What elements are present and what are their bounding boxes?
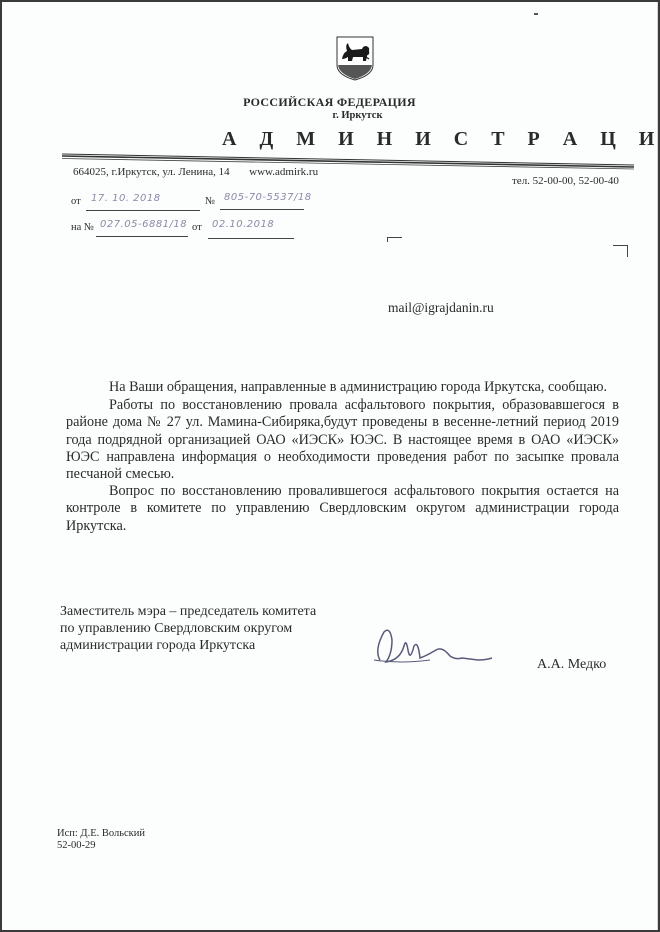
organization-heading: А Д М И Н И С Т Р А Ц И Я (222, 128, 660, 151)
reply-number-underline (96, 236, 188, 237)
body-paragraph: На Ваши обращения, направленные в админи… (66, 379, 619, 396)
from-label: от (71, 196, 81, 207)
scan-mark (534, 13, 538, 15)
executor-info: Исп: Д.Е. Вольский 52-00-29 (57, 828, 145, 852)
address-corner-right (613, 245, 628, 257)
date-underline (86, 210, 200, 211)
coat-of-arms-icon (335, 35, 375, 81)
signatory-position: Заместитель мэра – председатель комитета… (60, 603, 360, 654)
phone-line: тел. 52-00-00, 52-00-40 (512, 175, 619, 187)
signatory-name: А.А. Медко (537, 657, 606, 673)
number-label: № (205, 196, 215, 207)
country-heading: РОССИЙСКАЯ ФЕДЕРАЦИЯ (2, 95, 657, 110)
executor-name: Исп: Д.Е. Вольский (57, 828, 145, 840)
website-link: www.admirk.ru (249, 166, 318, 178)
outgoing-number: 805-70-5537/18 (224, 192, 312, 203)
body-paragraph: Работы по восстановлению провала асфальт… (66, 397, 619, 483)
reply-from-label: от (192, 222, 202, 233)
city-heading: г. Иркутск (2, 110, 657, 121)
number-underline (220, 209, 304, 210)
handwritten-signature-icon (370, 620, 510, 670)
address-line: 664025, г.Иркутск, ул. Ленина, 14 www.ad… (73, 166, 318, 178)
body-paragraph: Вопрос по восстановлению провалившегося … (66, 483, 619, 535)
executor-phone: 52-00-29 (57, 840, 145, 852)
address-corner-left (387, 237, 402, 242)
reply-date-underline (208, 238, 294, 239)
recipient-email: mail@igrajdanin.ru (388, 300, 494, 316)
reply-to-number: 027.05-6881/18 (100, 219, 187, 230)
letter-body: На Ваши обращения, направленные в админи… (66, 379, 619, 535)
letter-page: РОССИЙСКАЯ ФЕДЕРАЦИЯ г. Иркутск А Д М И … (2, 2, 658, 930)
outgoing-date: 17. 10. 2018 (91, 193, 161, 204)
reply-date: 02.10.2018 (212, 219, 274, 230)
reply-to-label: на № (71, 222, 94, 233)
address: 664025, г.Иркутск, ул. Ленина, 14 (73, 166, 230, 178)
